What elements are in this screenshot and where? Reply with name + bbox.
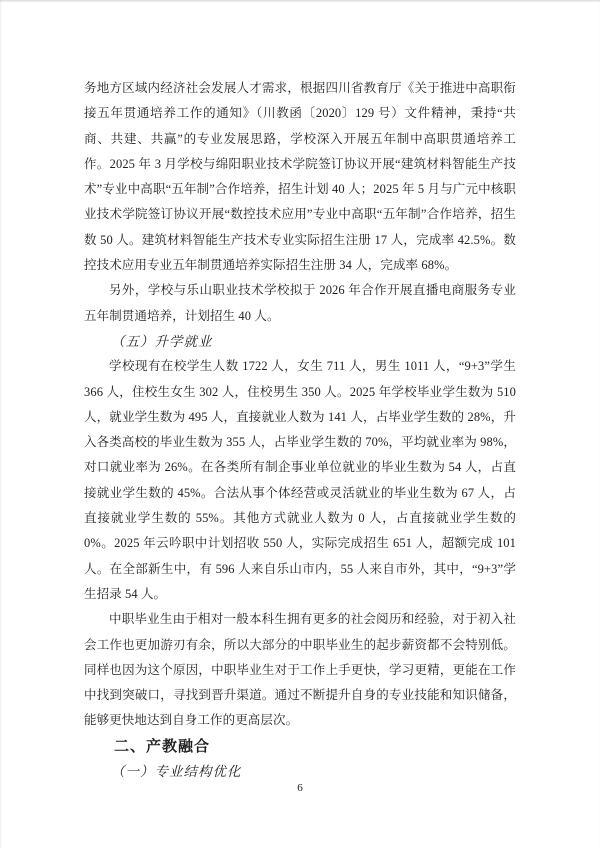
page-number: 6 [0, 782, 600, 794]
subheading-promotion-employment: （五）升学就业 [84, 329, 516, 354]
document-body: 务地方区域内经济社会发展人才需求，根据四川省教育厅《关于推进中高职衔接五年贯通培… [84, 76, 516, 784]
paragraph-graduate-advantages: 中职毕业生由于相对一般本科生拥有更多的社会阅历和经验，对于初入社会工作也更加游刃… [84, 607, 516, 733]
document-page: 务地方区域内经济社会发展人才需求，根据四川省教育厅《关于推进中高职衔接五年贯通培… [0, 0, 600, 848]
heading-industry-education-integration: 二、产教融合 [84, 734, 516, 759]
paragraph-enrollment-statistics: 学校现有在校学生人数 1722 人，女生 711 人，男生 1011 人，“9+… [84, 354, 516, 607]
paragraph-leshan-cooperation: 另外，学校与乐山职业技术学校拟于 2026 年合作开展直播电商服务专业五年制贯通… [84, 278, 516, 329]
subheading-major-structure-optimization: （一）专业结构优化 [84, 759, 516, 784]
paragraph-five-year-program: 务地方区域内经济社会发展人才需求，根据四川省教育厅《关于推进中高职衔接五年贯通培… [84, 76, 516, 278]
